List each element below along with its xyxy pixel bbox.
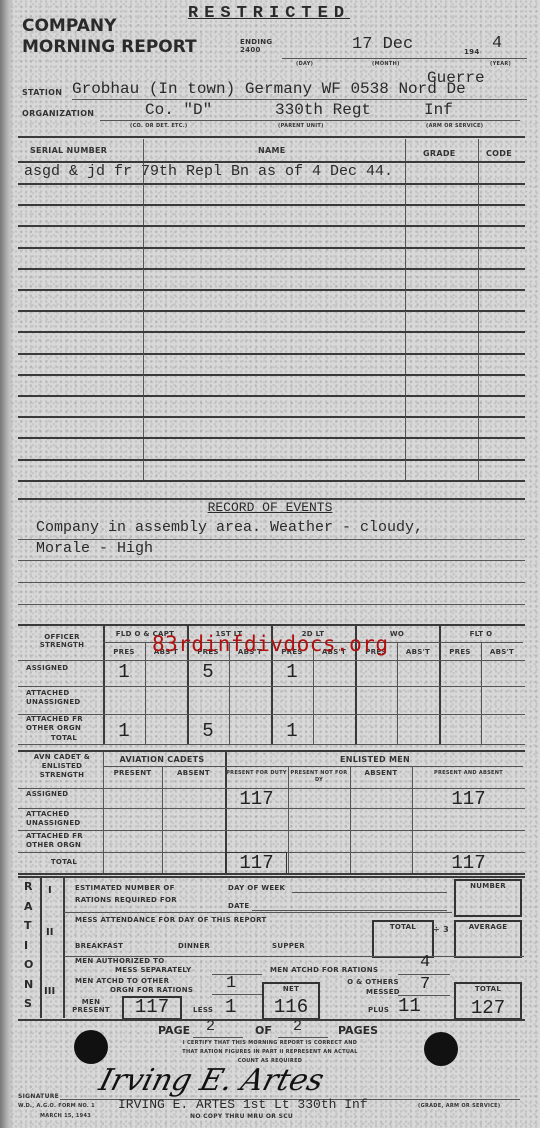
rations-side-letter: T — [24, 919, 32, 932]
column-divider — [143, 311, 144, 331]
column-divider — [143, 290, 144, 310]
group-divider — [439, 626, 441, 744]
company-value: Co. "D" — [145, 101, 212, 119]
section-i-line1: ESTIMATED NUMBER OF — [75, 884, 175, 892]
subcol-divider — [481, 642, 482, 744]
column-divider — [478, 205, 479, 225]
ration-total-value: 127 — [456, 997, 520, 1019]
ruled-line — [18, 225, 525, 227]
column-divider — [143, 205, 144, 225]
morning-report-page: RESTRICTED COMPANY MORNING REPORT ENDING… — [0, 0, 540, 1128]
enlisted-row-label: ATTACHED FR OTHER ORGN — [26, 832, 102, 850]
header-divider — [18, 136, 525, 138]
officer-strength-title: OFFICER STRENGTH — [22, 633, 102, 649]
column-divider — [405, 375, 406, 395]
column-divider — [405, 354, 406, 374]
form-number: W.D., A.G.O. FORM NO. 1 — [18, 1103, 95, 1109]
col-code: CODE — [486, 149, 512, 158]
col-grade: GRADE — [423, 149, 456, 158]
year-caption: (YEAR) — [490, 61, 511, 67]
column-divider — [478, 439, 479, 459]
atchd-other-line — [212, 994, 262, 995]
column-divider — [405, 248, 406, 268]
mess-separately-field[interactable] — [212, 974, 262, 975]
officer-cell: 1 — [271, 720, 313, 742]
punch-hole-left — [74, 1030, 108, 1064]
enlisted-col-divider — [162, 766, 163, 874]
organization-label: ORGANIZATION — [22, 109, 94, 118]
column-divider — [478, 354, 479, 374]
station-label: STATION — [22, 88, 62, 97]
section-ii-numeral: II — [46, 927, 53, 938]
enlisted-strength-title: AVN CADET & ENLISTED STRENGTH — [22, 753, 102, 780]
enlisted-cell: 117 — [225, 788, 288, 810]
subcol-divider — [145, 642, 146, 744]
enlisted-men-header: ENLISTED MEN — [225, 755, 525, 764]
enlisted-subcol-header: PRESENT NOT FOR DY — [288, 770, 350, 784]
page-line — [193, 1037, 243, 1038]
ruled-line — [18, 247, 525, 249]
events-ruled-line — [18, 560, 525, 561]
station-value: Grobhau (In town) Germany WF 0538 Nord D… — [72, 80, 466, 98]
column-divider — [143, 139, 144, 161]
net-value: 116 — [264, 996, 318, 1018]
column-divider — [143, 184, 144, 204]
enlisted-table-top — [18, 750, 525, 752]
parent-caption: (PARENT UNIT) — [278, 123, 324, 129]
column-divider — [143, 227, 144, 247]
enlisted-cell: 117 — [412, 852, 525, 874]
ruled-line — [18, 183, 525, 185]
rations-divider-2 — [63, 878, 65, 1018]
ration-total-label: TOTAL — [456, 985, 520, 993]
enlisted-table-bottom — [18, 873, 525, 875]
rations-divider-1 — [40, 878, 42, 1018]
section-i-bottom — [64, 912, 452, 913]
ruled-line — [18, 416, 525, 418]
enlisted-subcol-header: PRESENT — [103, 770, 162, 777]
total-pages: 2 — [293, 1018, 302, 1035]
men-present-label: MEN PRESENT — [66, 998, 116, 1014]
signer-typed-name: IRVING E. ARTES 1st Lt 330th Inf — [118, 1097, 368, 1112]
officer-subcol-header: PRES — [439, 648, 481, 656]
number-label: NUMBER — [456, 882, 520, 890]
classification-stamp: RESTRICTED — [188, 4, 350, 23]
officers-messed-value: 7 — [420, 975, 430, 994]
column-divider — [405, 269, 406, 289]
enlisted-subcol-header: ABSENT — [350, 770, 412, 777]
column-divider — [478, 269, 479, 289]
rations-side-letter: N — [24, 978, 33, 991]
date-line — [282, 58, 527, 59]
atchd-other-label2: ORGN FOR RATIONS — [110, 986, 193, 994]
day-of-week-label: DAY OF WEEK — [228, 884, 285, 892]
arm-caption: (ARM OR SERVICE) — [426, 123, 483, 129]
officer-row-label: ATTACHED UNASSIGNED — [26, 689, 102, 707]
form-date: MARCH 15, 1943 — [40, 1113, 91, 1119]
enlisted-col-divider — [350, 766, 351, 874]
mess-separately-label2: MESS SEPARATELY — [115, 966, 191, 974]
rations-top — [18, 876, 525, 878]
column-divider — [143, 439, 144, 459]
rations-side-letter: S — [24, 997, 32, 1010]
ruled-line — [18, 395, 525, 397]
ruled-line — [18, 480, 525, 482]
personnel-entry: asgd & jd fr 79th Repl Bn as of 4 Dec 44… — [24, 163, 393, 180]
watermark: 83rdinfdivdocs.org — [152, 632, 389, 656]
enlisted-row-label: TOTAL — [26, 858, 102, 867]
column-divider — [405, 396, 406, 416]
enlisted-cell: 117 — [225, 852, 288, 874]
column-divider — [478, 460, 479, 480]
officer-row-label: ATTACHED FR OTHER ORGN — [26, 715, 102, 733]
column-divider — [143, 333, 144, 353]
record-of-events-heading: RECORD OF EVENTS — [180, 500, 360, 515]
column-divider — [478, 417, 479, 437]
day-caption: (DAY) — [296, 61, 313, 67]
column-divider — [143, 396, 144, 416]
page-label: PAGE — [158, 1024, 190, 1037]
column-divider — [405, 290, 406, 310]
section-i-line2: RATIONS REQUIRED FOR — [75, 896, 177, 904]
column-divider — [478, 184, 479, 204]
enlisted-subheader-rule — [103, 766, 523, 767]
year-prefix: 194 — [464, 48, 480, 56]
events-line-2: Morale - High — [36, 540, 153, 557]
ruled-line — [18, 331, 525, 333]
column-divider — [478, 248, 479, 268]
officer-cell: 5 — [187, 661, 229, 683]
aviation-cadets-header: AVIATION CADETS — [102, 755, 222, 764]
atchd-rations-value: 4 — [420, 953, 430, 972]
column-divider — [143, 354, 144, 374]
rations-side-letter: I — [24, 939, 28, 952]
section-iii-numeral: III — [44, 986, 55, 997]
column-divider — [405, 205, 406, 225]
column-divider — [478, 139, 479, 161]
enlisted-subcol-header: PRESENT FOR DUTY — [225, 770, 288, 777]
subcol-divider — [397, 642, 398, 744]
column-divider — [478, 333, 479, 353]
column-divider — [478, 311, 479, 331]
plus-label: PLUS — [368, 1006, 389, 1014]
enlisted-row-label: ATTACHED UNASSIGNED — [26, 810, 102, 828]
page-number: 2 — [206, 1018, 215, 1035]
punch-hole-right — [424, 1032, 458, 1066]
ruled-line — [18, 353, 525, 355]
less-label: LESS — [193, 1006, 213, 1014]
grade-caption: (GRADE, ARM OR SERVICE) — [418, 1103, 500, 1109]
column-divider — [478, 396, 479, 416]
ending-label: ENDING 2400 — [240, 38, 270, 54]
events-ruled-line — [18, 582, 525, 583]
mess-attendance-title: MESS ATTENDANCE FOR DAY OF THIS REPORT — [75, 916, 267, 924]
form-title-line2: MORNING REPORT — [22, 37, 197, 57]
date-field[interactable] — [252, 910, 447, 911]
supper-label: SUPPER — [272, 942, 305, 950]
scan-edge-shadow — [0, 0, 14, 1128]
column-divider — [143, 163, 144, 183]
enlisted-subcol-header: ABSENT — [162, 770, 225, 777]
officer-cell: 1 — [103, 661, 145, 683]
subcol-divider — [229, 642, 230, 744]
men-present-value: 117 — [124, 996, 180, 1018]
ruled-line — [18, 289, 525, 291]
report-date: 17 Dec — [352, 35, 413, 54]
column-divider — [143, 269, 144, 289]
officer-row-rule — [18, 686, 525, 687]
column-divider — [478, 163, 479, 183]
certification-line1: I CERTIFY THAT THIS MORNING REPORT IS CO… — [140, 1040, 400, 1046]
column-divider — [405, 333, 406, 353]
atchd-other-label1: MEN ATCHD TO OTHER — [75, 977, 169, 985]
subcol-divider — [313, 642, 314, 744]
column-divider — [478, 290, 479, 310]
handwritten-signature: Irving E. Artes — [95, 1063, 327, 1098]
report-year: 4 — [492, 34, 502, 53]
station-line — [72, 99, 527, 100]
column-divider — [405, 227, 406, 247]
officer-subcol-header: ABS'T — [397, 648, 439, 656]
rations-side-letter: A — [24, 900, 33, 913]
officer-cell: 1 — [103, 720, 145, 742]
ruled-line — [18, 268, 525, 270]
column-divider — [143, 460, 144, 480]
officer-row-label: ASSIGNED — [26, 664, 102, 673]
events-line-1: Company in assembly area. Weather - clou… — [36, 519, 423, 536]
form-title-line1: COMPANY — [22, 16, 116, 36]
officer-cell: 5 — [187, 720, 229, 742]
mess-total-label: TOTAL — [374, 923, 432, 931]
officer-row-rule — [18, 744, 525, 745]
column-divider — [143, 417, 144, 437]
section-i-numeral: I — [48, 885, 52, 896]
events-ruled-line — [18, 604, 525, 605]
signature-label: SIGNATURE — [18, 1093, 59, 1100]
mess-separately-label1: MEN AUTHORIZED TO — [75, 957, 164, 965]
breakfast-label: BREAKFAST — [75, 942, 123, 950]
pages-label: PAGES — [338, 1024, 378, 1037]
divide-by-three: ÷ 3 — [433, 925, 449, 934]
rations-side-letter: R — [24, 880, 32, 893]
of-label: OF — [255, 1024, 272, 1037]
net-label: NET — [264, 985, 318, 993]
arm-value: Inf — [424, 101, 453, 119]
ruled-line — [18, 310, 525, 312]
enlisted-cell: 117 — [412, 788, 525, 810]
ruled-line — [18, 437, 525, 439]
column-divider — [405, 163, 406, 183]
atchd-rations-label: MEN ATCHD FOR RATIONS — [270, 966, 378, 974]
col-name: NAME — [258, 146, 286, 155]
dinner-label: DINNER — [178, 942, 210, 950]
column-divider — [143, 248, 144, 268]
officers-messed-label: O & OTHERS — [338, 978, 408, 987]
officers-messed-label2: MESSED — [366, 988, 400, 996]
rations-bottom — [18, 1019, 525, 1021]
rations-side-letter: O — [24, 958, 33, 971]
enlisted-row-label: ASSIGNED — [26, 790, 102, 799]
officer-subcol-header: ABS'T — [481, 648, 523, 656]
column-divider — [478, 227, 479, 247]
pages-line — [278, 1037, 328, 1038]
column-divider — [405, 460, 406, 480]
column-divider — [405, 439, 406, 459]
average-label: AVERAGE — [456, 923, 520, 931]
officer-cell: 1 — [271, 661, 313, 683]
certification-line2: THAT RATION FIGURES IN PART II REPRESENT… — [140, 1049, 400, 1055]
plus-value: 11 — [398, 995, 421, 1017]
no-copy-notice: NO COPY THRU MRU OR SCU — [190, 1113, 293, 1120]
col-serial-number: SERIAL NUMBER — [30, 146, 107, 155]
less-value: 1 — [225, 996, 236, 1018]
ruled-line — [18, 374, 525, 376]
enlisted-subcol-header: PRESENT AND ABSENT — [412, 770, 525, 777]
officer-group-header: FLT O — [439, 630, 523, 638]
ruled-line — [18, 459, 525, 461]
organization-line — [100, 120, 520, 121]
enlisted-row-rule — [18, 830, 525, 831]
officer-subcol-header: PRES — [103, 648, 145, 656]
column-divider — [405, 311, 406, 331]
date-label: DATE — [228, 902, 249, 910]
column-divider — [478, 375, 479, 395]
company-caption: (CO. OR DET. ETC.) — [130, 123, 188, 129]
ruled-line — [18, 204, 525, 206]
month-caption: (MONTH) — [372, 61, 400, 67]
column-divider — [143, 375, 144, 395]
parent-unit-value: 330th Regt — [275, 101, 371, 119]
day-of-week-field[interactable] — [292, 892, 447, 893]
atchd-other-value: 1 — [226, 974, 236, 993]
column-divider — [405, 184, 406, 204]
column-divider — [405, 139, 406, 161]
officer-row-label: TOTAL — [26, 734, 102, 743]
column-divider — [405, 417, 406, 437]
